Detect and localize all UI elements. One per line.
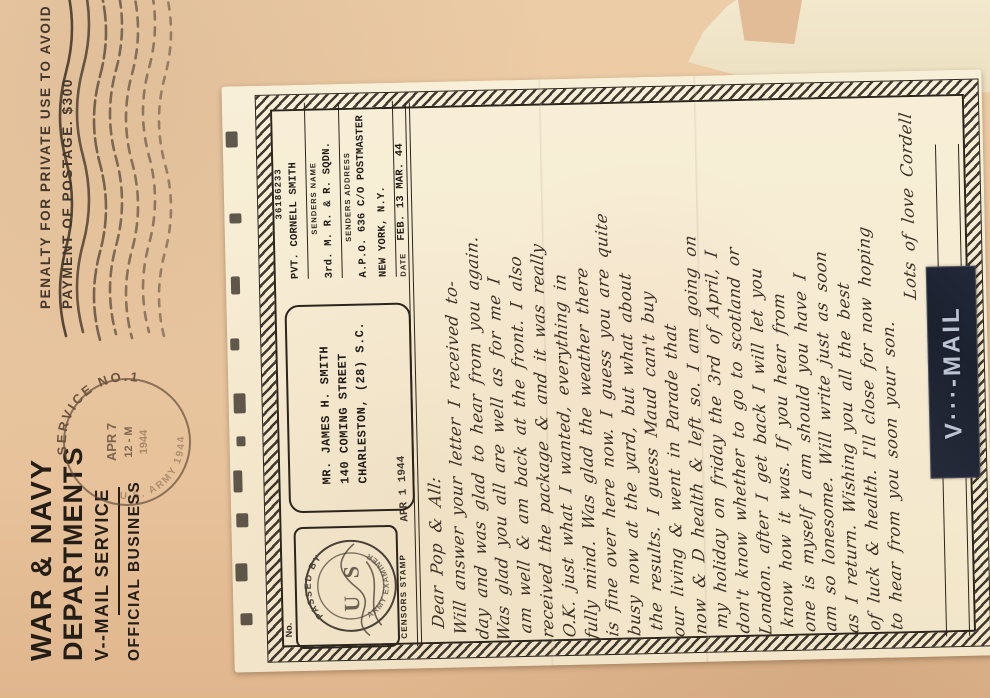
penalty-notice: PENALTY FOR PRIVATE USE TO AVOID PAYMENT… <box>35 29 81 309</box>
censor-stamp-caption: CENSORS STAMP <box>398 554 409 639</box>
penalty-line-1: PENALTY FOR PRIVATE USE TO AVOID <box>35 29 57 309</box>
censor-arc-top: PASSED BY <box>302 552 325 622</box>
sender-name-label: SENDERS NAME <box>308 162 319 235</box>
addressee-city: CHARLESTON, (28) S.C. <box>353 322 371 484</box>
postmark-year: 1944 <box>138 429 150 454</box>
postmark-time: 12 - M <box>123 426 135 457</box>
addressee-box: MR. JAMES H. SMITH 140 COMING STREET CHA… <box>284 302 415 513</box>
form-no-label: No. <box>284 623 294 638</box>
vmail-label: V···-MAIL <box>926 266 981 479</box>
sender-city: NEW YORK, N.Y. <box>376 186 390 277</box>
serial-number: 36186233 <box>273 168 284 219</box>
date-label: DATE <box>398 253 408 277</box>
addressee-street: 140 COMING STREET <box>336 353 353 484</box>
censor-stamp: PASSED BY ARMY EXAMINER U S <box>296 529 407 647</box>
vmail-form: No. 36186233 PASSED BY <box>221 69 990 672</box>
addressee-name: MR. JAMES H. SMITH <box>317 346 334 485</box>
army-postal-postmark: SERVICE NO.1 U.S. ARMY 1944 APR 7 12 - M… <box>50 365 204 519</box>
envelope-flap-notch <box>738 0 802 44</box>
svg-text:PASSED BY: PASSED BY <box>302 552 325 622</box>
postmark-date: APR 7 <box>104 423 119 461</box>
handwritten-letter: Dear Pop & All:Will answer your letter I… <box>415 97 928 640</box>
vmail-letter-sheet: No. 36186233 PASSED BY <box>221 69 990 672</box>
vmail-envelope-scan: PENALTY FOR PRIVATE USE TO AVOID PAYMENT… <box>0 0 990 698</box>
censor-stamp-box: PASSED BY ARMY EXAMINER U S <box>293 525 400 649</box>
penalty-line-2: PAYMENT OF POSTAGE. $300 <box>57 29 79 309</box>
vmail-label-text: V···-MAIL <box>938 305 969 439</box>
